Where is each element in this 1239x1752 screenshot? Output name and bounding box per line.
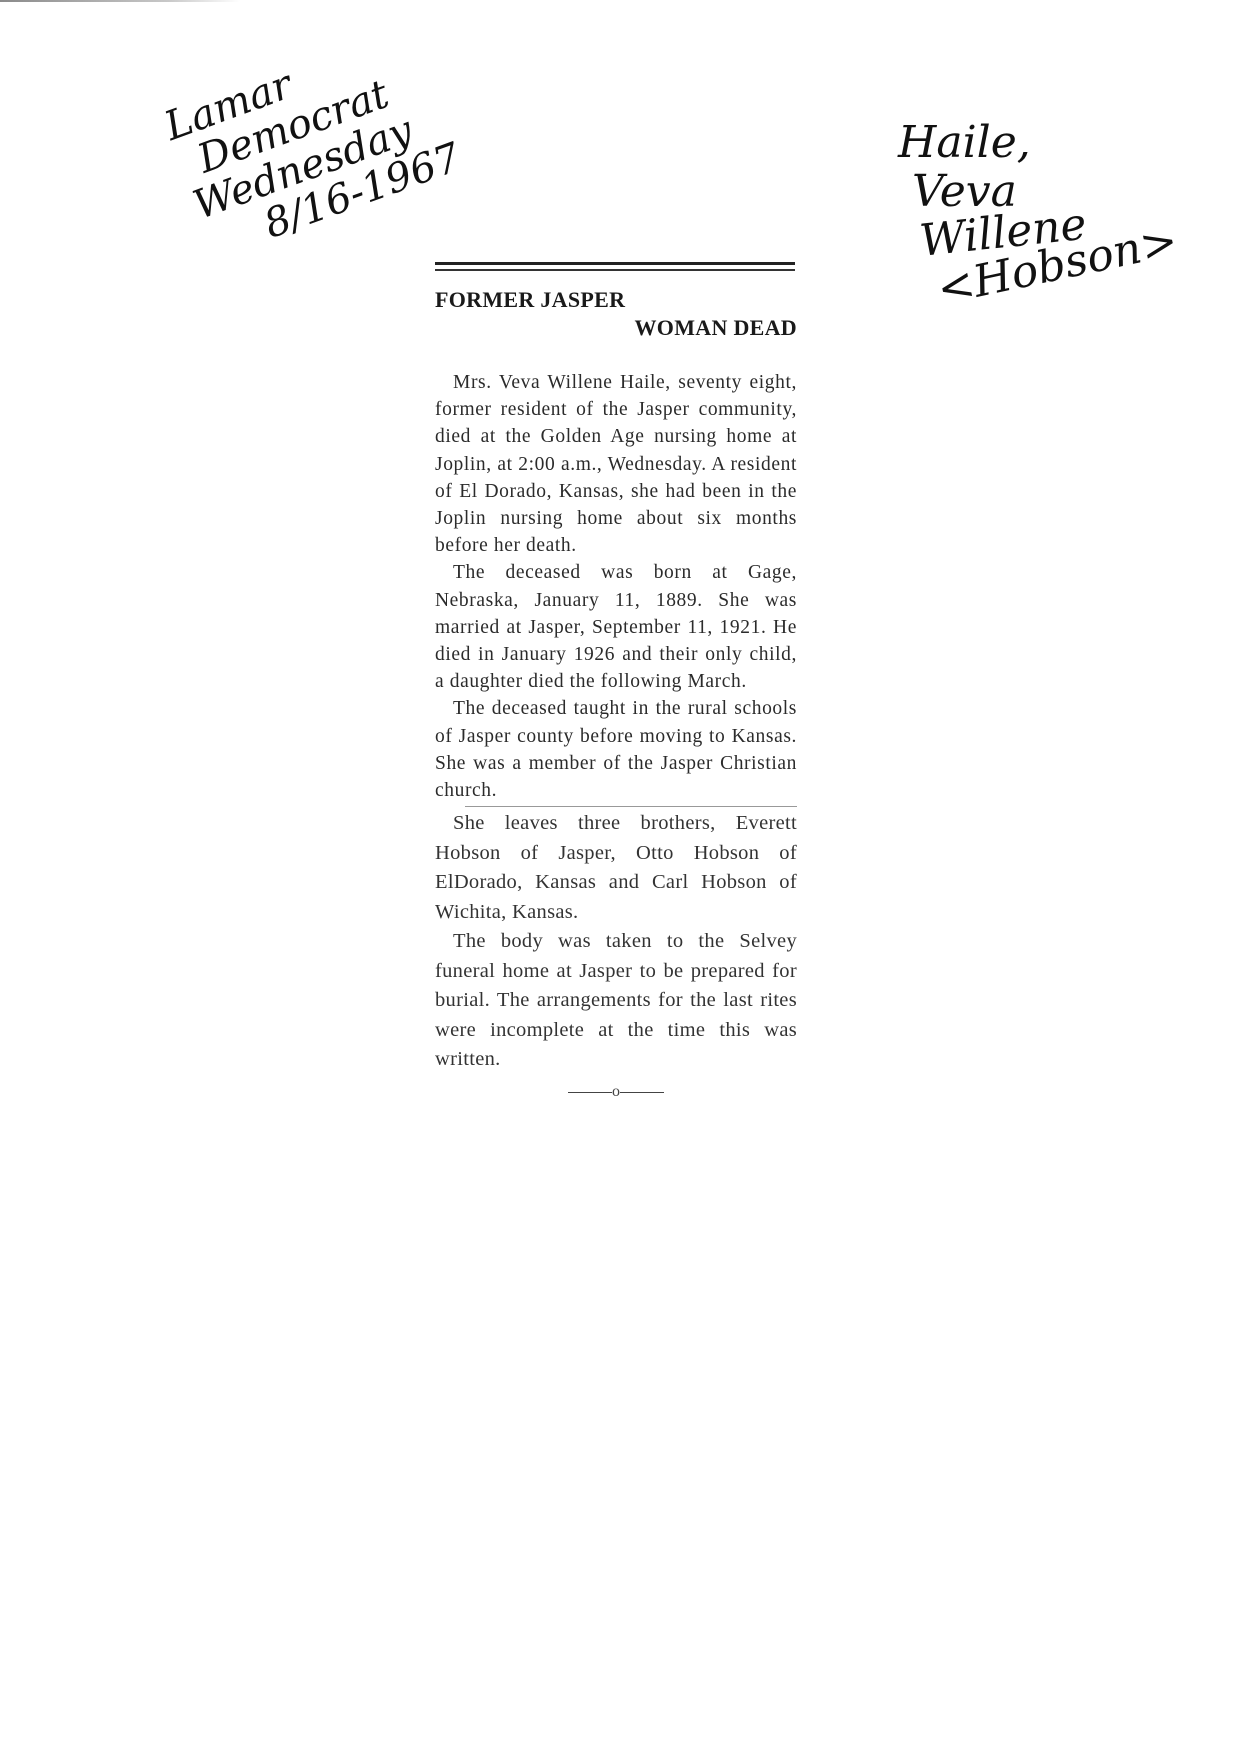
end-mark-dash-right xyxy=(620,1092,664,1093)
headline: FORMER JASPER WOMAN DEAD xyxy=(435,287,797,341)
paragraph-arrangements: The body was taken to the Selvey funeral… xyxy=(435,927,797,1075)
headline-rule xyxy=(435,262,795,271)
handwritten-surname: Haile, xyxy=(898,118,1182,167)
headline-line-2: WOMAN DEAD xyxy=(435,315,797,341)
paragraph-teaching-church: The deceased taught in the rural schools… xyxy=(435,695,797,804)
paragraph-birth-marriage: The deceased was born at Gage, Nebraska,… xyxy=(435,559,797,695)
paragraph-death-notice: Mrs. Veva Willene Haile, seventy eight, … xyxy=(435,369,797,559)
end-mark-dash-left xyxy=(568,1092,612,1093)
headline-line-1: FORMER JASPER xyxy=(435,287,797,313)
scan-edge-line xyxy=(0,0,240,2)
newspaper-clipping: FORMER JASPER WOMAN DEAD Mrs. Veva Wille… xyxy=(435,262,797,1101)
clipping-seam xyxy=(465,806,797,807)
paragraph-survivors: She leaves three brothers, Everett Hobso… xyxy=(435,809,797,927)
end-mark: o xyxy=(435,1083,797,1101)
end-mark-circle: o xyxy=(612,1083,620,1101)
article-body: Mrs. Veva Willene Haile, seventy eight, … xyxy=(435,369,797,1075)
handwritten-name-note: Haile, Veva Willene <Hobson> xyxy=(898,118,1182,315)
handwritten-source-note: Lamar Democrat Wednesday 8/16-1967 xyxy=(150,18,466,270)
